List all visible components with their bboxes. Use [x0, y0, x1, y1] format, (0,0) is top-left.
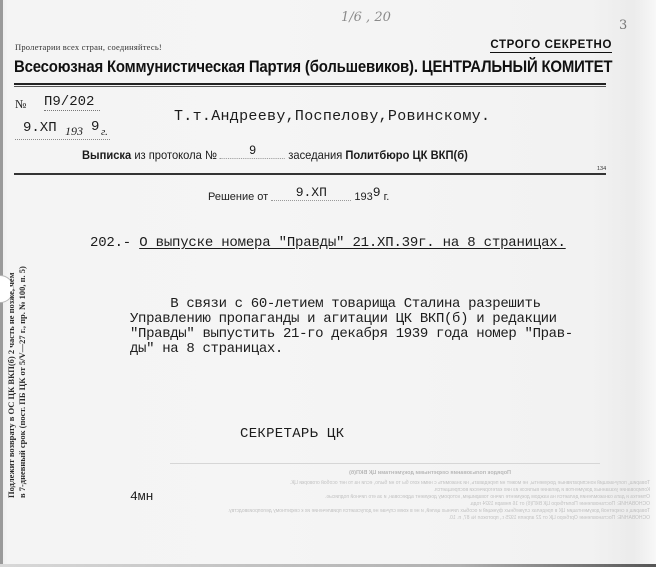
document-year-prefix: 193 [65, 124, 83, 139]
bleed-through-text: Порядок пользования секретными документа… [210, 470, 650, 522]
bleed-through-line: Товарищ, получающий конспиративные докум… [210, 480, 650, 487]
bleed-through-line: Товарищ к секретной документации ЦК в пр… [210, 508, 650, 515]
sheet-number: 3 [619, 18, 627, 33]
slogan: Пролетарии всех стран, соединяйтесь! [15, 42, 162, 52]
extract-rule [14, 173, 606, 175]
decision-body: В связи с 60-летием товарища Сталина раз… [130, 297, 600, 357]
date-dotted-line [15, 139, 110, 140]
footer-rule [170, 463, 600, 464]
bleed-through-line: Копирование указанных документов и делан… [210, 487, 650, 494]
letterhead-rule [14, 83, 606, 85]
extract-body: Политбюро ЦК ВКП(б) [345, 148, 467, 162]
archive-mark: 1/6 , 20 [341, 10, 391, 25]
document-number: П9/202 [44, 94, 100, 111]
return-notice-sidebar: Подлежит возврату в ОС ЦК ВКП(б) 2 часть… [6, 198, 28, 498]
body-line: Управлению пропаганды и агитации ЦК ВКП(… [130, 312, 600, 327]
decision-label: Решение от [208, 191, 268, 203]
document-page: 1/6 , 20 3 Пролетарии всех стран, соедин… [0, 0, 656, 567]
typist-mark: 4мн [130, 489, 153, 504]
body-line: В связи с 60-летием товарища Сталина раз… [130, 297, 600, 312]
letterhead-title: Всесоюзная Коммунистическая Партия (боль… [14, 58, 552, 77]
signature-block: СЕКРЕТАРЬ ЦК [240, 426, 344, 442]
extract-word: Выписка [82, 148, 131, 162]
document-year-g: г. [101, 126, 108, 138]
return-notice-line: Подлежит возврату в ОС ЦК ВКП(б) 2 часть… [6, 198, 17, 498]
page-code: 134 [597, 166, 606, 172]
agenda-item-number: 202.- [90, 235, 131, 251]
document-year-suffix: 9 [91, 119, 99, 135]
extract-from-protocol: из протокола № [134, 148, 217, 162]
bleed-through-line: ОСНОВАНИЕ: Постановление Оргбюро ЦК от 2… [210, 515, 650, 522]
decision-year-suffix: 9 [373, 185, 381, 200]
extract-meeting-word: заседания [288, 148, 342, 162]
protocol-extract-heading: Выписка из протокола № 9 заседания Полит… [82, 148, 468, 164]
bleed-through-line: ОСНОВАНИЕ: Постановление Политбюро ЦК ВК… [210, 501, 650, 508]
decision-year-g: г. [384, 191, 390, 203]
recipients: Т.т.Андрееву,Поспелову,Ровинскому. [174, 108, 490, 125]
bleed-through-title: Порядок пользования секретными документа… [210, 470, 650, 477]
decision-date-line: Решение от 9.XП 1939 г. [208, 189, 389, 205]
document-date: 9.XП [23, 120, 57, 136]
decision-date: 9.XП [271, 185, 351, 201]
document-number-label: № [15, 97, 26, 112]
letterhead-rule-thin [14, 86, 606, 87]
bleed-through-line: Отметка и дата ознакомления делается на … [210, 494, 650, 501]
body-line: "Правды" выпустить 21-го декабря 1939 го… [130, 327, 600, 342]
agenda-item-title: 202.- О выпуске номера "Правды" 21.XП.39… [90, 235, 566, 251]
body-line: ды" на 8 страницах. [130, 342, 600, 357]
classification-stamp: СТРОГО СЕКРЕТНО [490, 39, 612, 53]
decision-year-prefix: 193 [354, 191, 372, 203]
protocol-number: 9 [220, 143, 285, 159]
agenda-item-subject: О выпуске номера "Правды" 21.XП.39г. на … [139, 235, 565, 251]
return-notice-line: в 7-дневный срок (пост. ПБ ЦК от 5/V—27 … [17, 198, 28, 498]
